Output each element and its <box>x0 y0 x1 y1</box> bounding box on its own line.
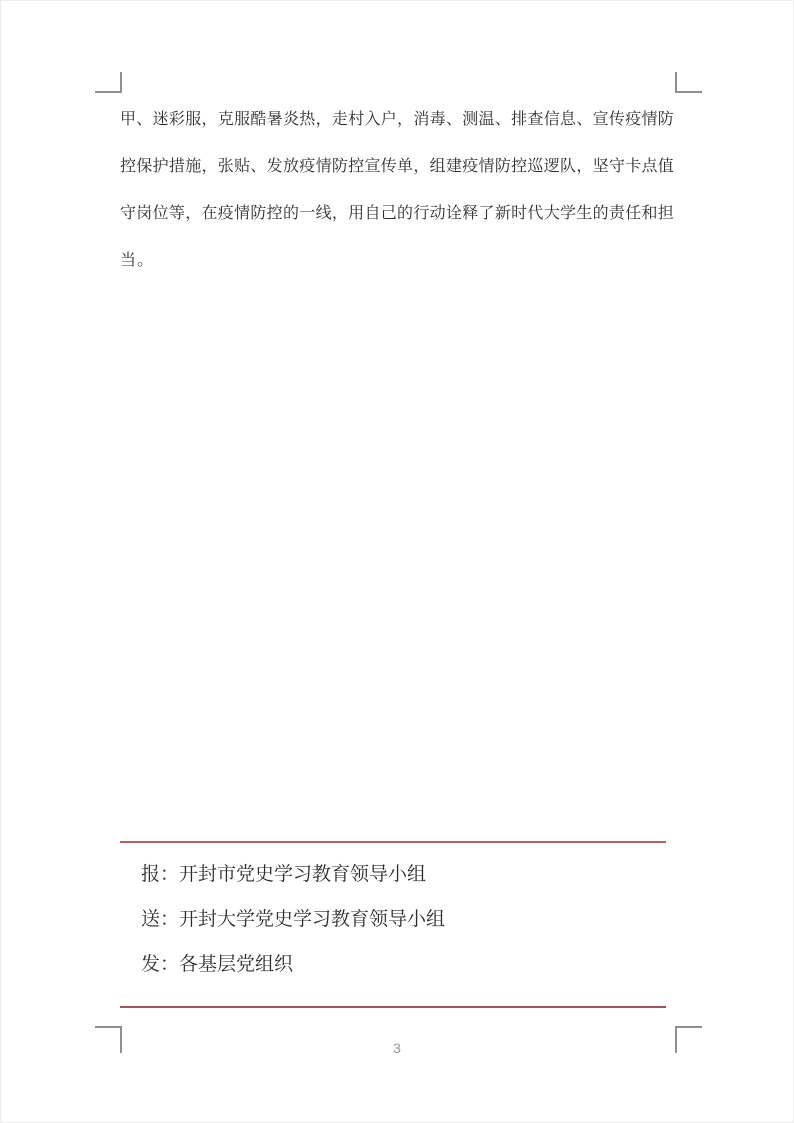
distribution-block: 报：开封市党史学习教育领导小组 送：开封大学党史学习教育领导小组 发：各基层党组… <box>141 852 661 987</box>
body-paragraph: 甲、迷彩服，克服酷暑炎热，走村入户，消毒、测温、排查信息、宣传疫情防 控保护措施… <box>120 94 674 282</box>
document-page: 甲、迷彩服，克服酷暑炎热，走村入户，消毒、测温、排查信息、宣传疫情防 控保护措施… <box>0 0 794 1123</box>
page-number: 3 <box>1 1040 793 1056</box>
crop-mark-top-left-icon <box>95 72 122 93</box>
distribution-line-song: 送：开封大学党史学习教育领导小组 <box>141 897 661 942</box>
distribution-line-bao: 报：开封市党史学习教育领导小组 <box>141 852 661 897</box>
paragraph-line-1: 甲、迷彩服，克服酷暑炎热，走村入户，消毒、测温、排查信息、宣传疫情防 <box>120 94 674 141</box>
red-rule-bottom <box>120 1006 666 1008</box>
crop-mark-top-right-icon <box>675 72 702 93</box>
distribution-line-fa: 发：各基层党组织 <box>141 942 661 987</box>
paragraph-line-4: 当。 <box>120 235 674 282</box>
red-rule-top <box>120 841 666 843</box>
paragraph-line-2: 控保护措施，张贴、发放疫情防控宣传单，组建疫情防控巡逻队，坚守卡点值 <box>120 141 674 188</box>
paragraph-line-3: 守岗位等，在疫情防控的一线，用自己的行动诠释了新时代大学生的责任和担 <box>120 188 674 235</box>
